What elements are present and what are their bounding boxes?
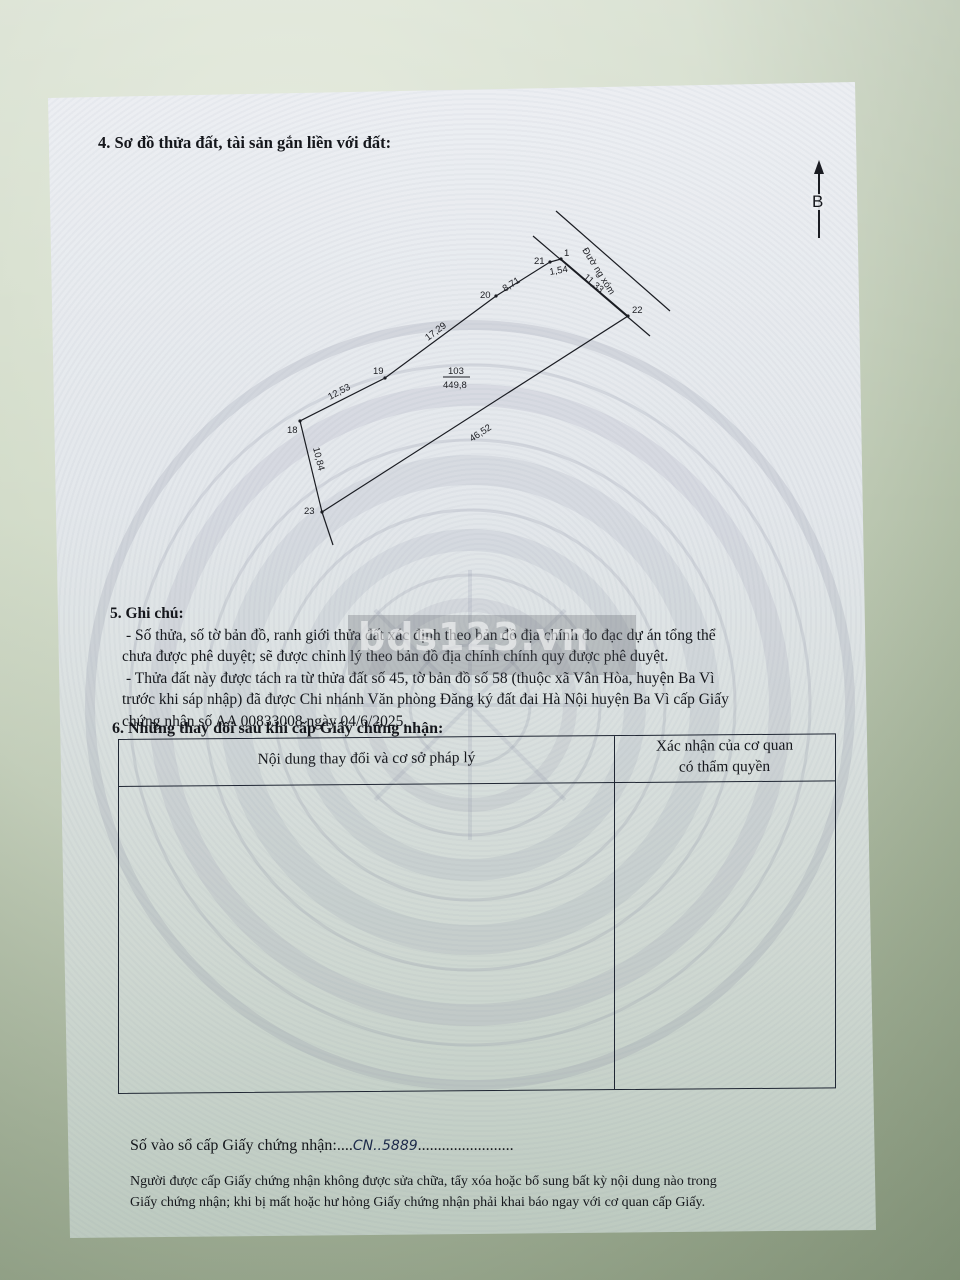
road-edge-line <box>556 211 670 311</box>
parcel-number: 103 <box>448 366 464 377</box>
section-6-heading: 6. Những thay đổi sau khi cấp Giấy chứng… <box>112 720 443 738</box>
site-watermark: bds123.vn <box>348 615 636 675</box>
point-label: 19 <box>373 366 384 377</box>
edge-length: 1,54 <box>549 264 569 278</box>
registry-label: Số vào sổ cấp Giấy chứng nhận: <box>130 1137 337 1154</box>
registry-number-line: Số vào sổ cấp Giấy chứng nhận:....CN..58… <box>130 1137 514 1155</box>
registry-number: CN..5889 <box>353 1138 418 1154</box>
edge-length: 12,53 <box>326 382 352 403</box>
footer-warning: Người được cấp Giấy chứng nhận không đượ… <box>130 1172 830 1213</box>
watermark-text: bds123.vn <box>358 615 590 659</box>
certificate-content: 4. Sơ đồ thửa đất, tài sản gắn liền với … <box>0 0 960 1280</box>
point-label: 21 <box>534 256 545 267</box>
edge-length: 8,71 <box>501 275 523 294</box>
edge-length: 10,84 <box>310 446 326 472</box>
point-label: 20 <box>480 290 491 301</box>
parcel-area: 449,8 <box>443 380 467 391</box>
changes-table: Nội dung thay đổi và cơ sở pháp lý Xác n… <box>118 733 836 1094</box>
column-divider <box>614 736 615 1089</box>
edge-length: 46,52 <box>468 422 494 444</box>
land-parcel-diagram: 1 22 23 18 19 20 21 11,33 46,52 10,84 12… <box>0 0 960 600</box>
note-line: trước khi sáp nhập) đã được Chi nhánh Vă… <box>110 689 830 711</box>
point-label: 18 <box>287 425 298 436</box>
point-label: 1 <box>564 248 569 259</box>
point-label: 22 <box>632 305 643 316</box>
column-header-authority: Xác nhận của cơ quan có thẩm quyền <box>614 734 835 778</box>
column-header-content: Nội dung thay đổi và cơ sở pháp lý <box>119 748 614 770</box>
header-divider <box>119 780 835 787</box>
point-label: 23 <box>304 506 315 517</box>
